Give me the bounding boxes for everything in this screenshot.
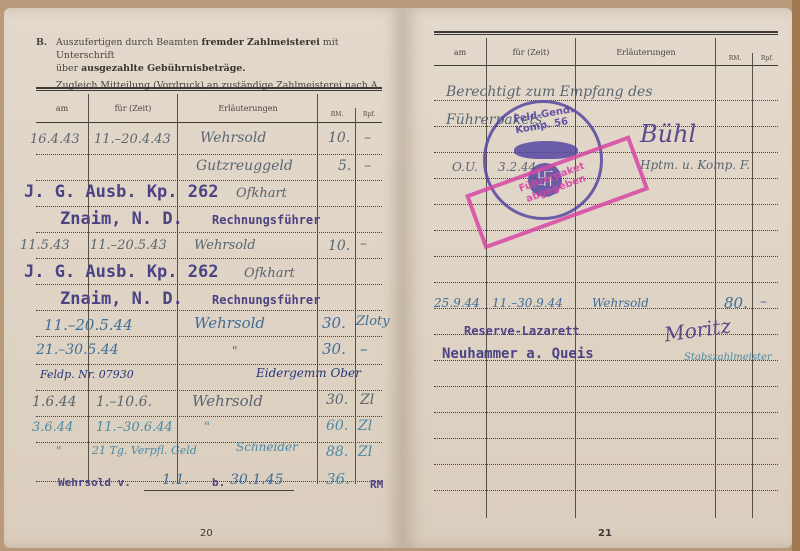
row-line	[36, 336, 382, 337]
entry-rpf: –	[360, 340, 368, 358]
row-line	[36, 284, 382, 285]
footer-label: Wehrsold v.	[58, 476, 131, 489]
entry-date: 1.6.44	[32, 394, 77, 410]
entry-rpf: Zl	[358, 444, 372, 460]
instructions-block: B. Auszufertigen durch Beamten fremder Z…	[36, 36, 386, 92]
column-header-rpf: Rpf.	[356, 111, 382, 118]
hospital-location-stamp: Neuhammer a. Queis	[442, 346, 594, 362]
entry-description: Wehrsold	[194, 314, 265, 332]
row-line	[434, 256, 778, 257]
footer-to-date: 30.1.45	[230, 472, 283, 488]
page-number: 20	[200, 528, 213, 539]
entry-period: 21 Tg. Verpfl. Geld	[92, 444, 197, 457]
column-header-erlaeuterungen: Erläuterungen	[576, 48, 716, 57]
row-line	[36, 416, 382, 417]
instruction-line-2: über ausgezahlte Gebührnisbeträge.	[56, 62, 386, 75]
entry-period: 11.–20.4.43	[94, 132, 171, 147]
row-line	[36, 154, 382, 155]
entry-description: Wehrsold	[192, 392, 263, 410]
entry-rm: 80.	[724, 294, 748, 312]
entry-date: 16.4.43	[30, 132, 80, 147]
section-marker: B.	[36, 36, 47, 49]
entry-period: 11.–20.5.44	[44, 316, 133, 334]
open-paybook: B. Auszufertigen durch Beamten fremder Z…	[0, 0, 800, 551]
entry-period: 11.–20.5.43	[90, 238, 167, 253]
entry-description: Wehrsold	[592, 296, 649, 310]
entry-description: "	[204, 420, 210, 435]
footer-to-label: b.	[212, 476, 225, 489]
row-line	[434, 438, 778, 439]
paymaster-signature: Moritz	[663, 313, 733, 346]
role-stamp: Rechnungsführer	[212, 293, 320, 307]
table-top-rule	[36, 87, 382, 91]
footer-underline	[144, 490, 294, 491]
entry-location: O.U.	[452, 160, 478, 174]
signature: Ofkhart	[236, 186, 287, 201]
page-number: 21	[598, 528, 612, 539]
entry-description: "	[232, 344, 238, 358]
entry-rm: 10.	[328, 130, 350, 146]
row-line	[36, 258, 382, 259]
entry-rm: 30.	[322, 340, 346, 358]
entry-period: 11.–30.9.44	[492, 296, 563, 310]
entry-rpf: –	[760, 294, 767, 310]
entry-description: Wehrsold	[194, 238, 256, 253]
column-header-rpf: Rpf.	[754, 55, 780, 62]
entry-rpf: –	[364, 130, 371, 146]
book-cover-edge	[792, 0, 800, 551]
entry-rpf: Zloty	[356, 314, 390, 329]
row-line	[434, 412, 778, 413]
entry-rm: 60.	[326, 418, 348, 434]
officer-signature: Bühl	[640, 120, 696, 148]
feldpost-number: Feldp. Nr. 07930	[40, 368, 134, 381]
column-header-zeit: für (Zeit)	[486, 48, 576, 57]
entry-rm: 10.	[328, 238, 350, 254]
row-line	[36, 310, 382, 311]
entry-rpf: –	[364, 158, 371, 174]
entry-rm: 88.	[326, 444, 348, 460]
entry-date: 25.9.44	[434, 296, 480, 310]
column-header-am: am	[434, 48, 486, 57]
column-header-erlaeuterungen: Erläuterungen	[178, 104, 318, 113]
row-line	[36, 364, 382, 365]
row-line	[434, 490, 778, 491]
row-line	[36, 206, 382, 207]
entry-description: Schneider	[236, 440, 298, 454]
officer-role: Hptm. u. Komp. F.	[640, 158, 750, 172]
entry-rpf: Zl	[358, 418, 372, 434]
footer-from-date: 1.1.	[162, 472, 189, 488]
row-line	[36, 232, 382, 233]
entry-description: Wehrsold	[200, 130, 266, 146]
row-line	[434, 464, 778, 465]
column-header-rm: RM.	[318, 111, 356, 118]
column-divider	[752, 53, 753, 518]
column-header-zeit: für (Zeit)	[88, 104, 178, 113]
entry-rm: 5.	[338, 158, 351, 174]
entry-rm: 30.	[322, 314, 346, 332]
table-top-rule	[434, 31, 778, 35]
hospital-stamp: Reserve-Lazarett	[464, 324, 580, 338]
left-page: B. Auszufertigen durch Beamten fremder Z…	[4, 8, 402, 548]
role-stamp: Rechnungsführer	[212, 213, 320, 227]
entry-rpf: –	[360, 236, 367, 252]
entry-period: 21.–30.5.44	[36, 342, 119, 358]
stamp-ring-text: Feld-Gend. Komp. 56	[513, 100, 602, 137]
column-divider	[317, 94, 318, 484]
row-line	[434, 386, 778, 387]
location-stamp: Znaim, N. D.	[60, 289, 183, 309]
entry-rm: 30.	[326, 392, 348, 408]
entry-date: "	[56, 444, 62, 458]
unit-stamp: J. G. Ausb. Kp. 262	[24, 182, 218, 202]
entry-period: 1.–10.6.	[96, 394, 152, 410]
column-divider	[355, 108, 356, 484]
footer-currency: RM	[370, 478, 383, 491]
location-stamp: Znaim, N. D.	[60, 209, 183, 229]
row-line	[36, 390, 382, 391]
row-line	[36, 180, 382, 181]
right-page: am für (Zeit) Erläuterungen RM. Rpf. Ber…	[402, 8, 792, 548]
column-divider	[715, 38, 716, 518]
unit-stamp: J. G. Ausb. Kp. 262	[24, 262, 218, 282]
entry-rpf: Zl	[360, 392, 374, 408]
row-line	[36, 442, 382, 443]
column-header-am: am	[36, 104, 88, 113]
column-header-rm: RM.	[716, 55, 754, 62]
entry-date: 11.5.43	[20, 238, 70, 253]
entry-description: Gutzreuggeld	[196, 158, 293, 174]
instruction-line-1: Auszufertigen durch Beamten fremder Zahl…	[56, 36, 386, 62]
row-line	[434, 282, 778, 283]
entry-period: 11.–30.6.44	[96, 420, 173, 435]
entry-date: 3.6.44	[32, 420, 73, 435]
signature: Ofkhart	[244, 266, 295, 281]
paymaster-role: Stabszahlmeister	[684, 352, 772, 363]
signature: Eidergemm Ober	[256, 366, 361, 380]
footer-amount: 36.	[326, 470, 350, 488]
